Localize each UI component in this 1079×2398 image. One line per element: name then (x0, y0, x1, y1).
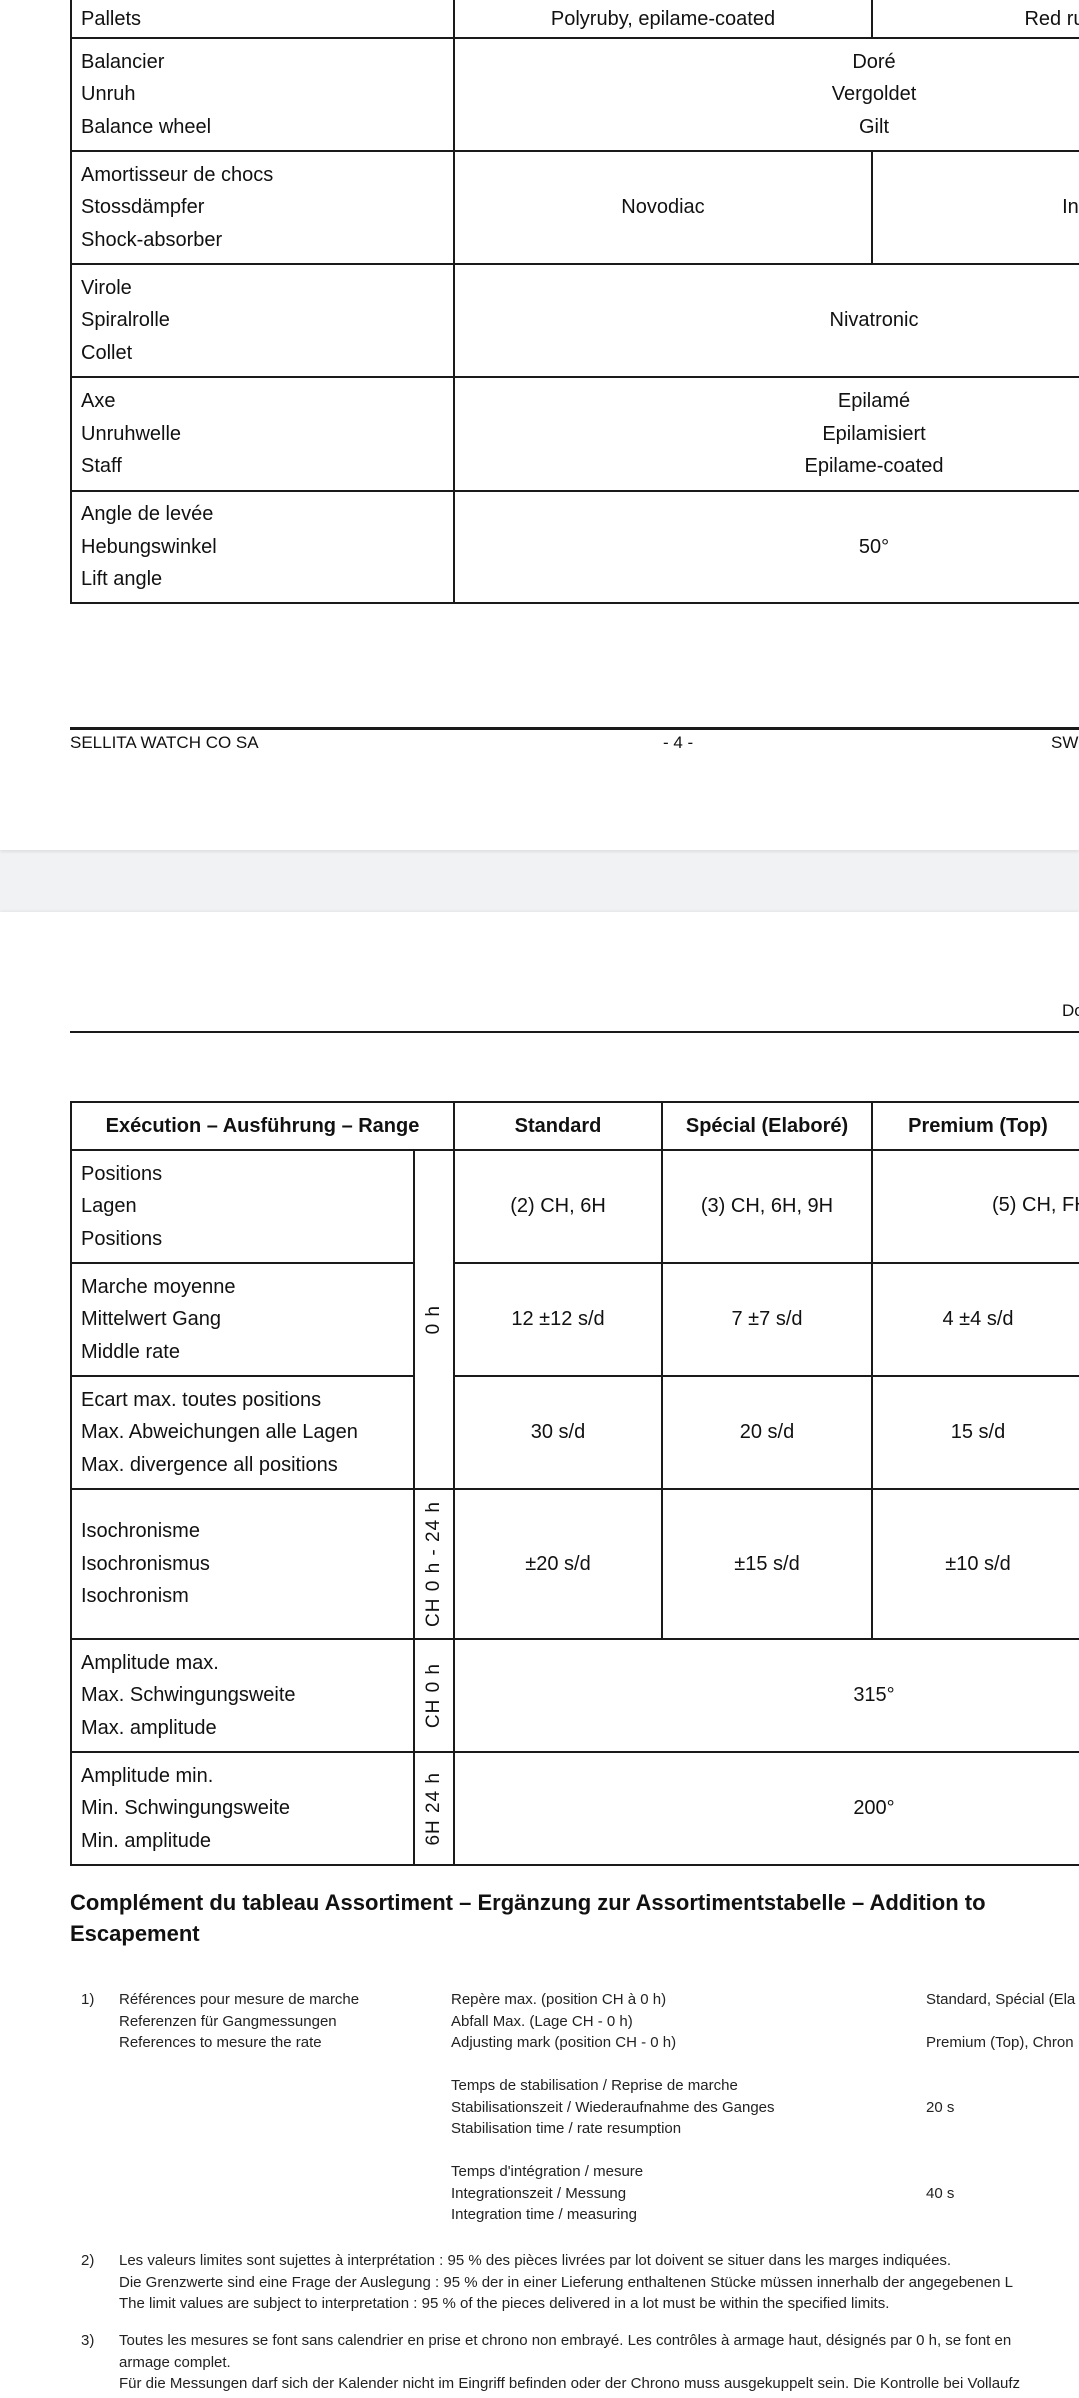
note-line: Temps d'intégration / mesure (451, 2161, 643, 2183)
value-max-divergence-premium: 15 s/d (871, 1375, 1079, 1490)
label-line: Max. amplitude (81, 1712, 413, 1745)
condition-6h-24h: 6H 24 h (413, 1751, 455, 1866)
note-line: Integrationszeit / Messung (451, 2183, 643, 2205)
value-text: 7 ±7 s/d (731, 1303, 802, 1336)
value-positions-special: (3) CH, 6H, 9H (661, 1149, 873, 1264)
header-text: Premium (Top) (873, 1103, 1079, 1149)
spec-label-pallets: Pallets (70, 0, 455, 39)
note-line: Für die Messungen darf sich der Kalender… (119, 2373, 1020, 2395)
note-2-text: Les valeurs limites sont sujettes à inte… (119, 2250, 1013, 2315)
note-2-number: 2) (81, 2250, 94, 2272)
label-line: Balance wheel (81, 111, 453, 144)
value-line: Epilame-coated (805, 450, 944, 483)
note-line: Adjusting mark (position CH - 0 h) (451, 2032, 676, 2054)
label-line: Hebungswinkel (81, 531, 453, 564)
condition-text: 0 h (423, 1305, 445, 1334)
value-line: Epilamé (838, 385, 910, 418)
note-1-integration-time: Temps d'intégration / mesure Integration… (451, 2161, 643, 2226)
value-text: 15 s/d (873, 1377, 1079, 1488)
note-1-title: Références pour mesure de marche Referen… (119, 1989, 359, 2054)
spec-value-pallets-standard: Polyruby, epilame-coated (453, 0, 873, 39)
label-line: Axe (81, 385, 453, 418)
row-label-isochronism: Isochronisme Isochronismus Isochronism (70, 1488, 415, 1640)
footer-company: SELLITA WATCH CO SA (70, 733, 259, 753)
note-line: Die Grenzwerte sind eine Frage der Ausle… (119, 2272, 1013, 2294)
condition-text: CH 0 h - 24 h (423, 1501, 445, 1627)
note-1-integration-value: 40 s (926, 2183, 954, 2205)
header-text: Standard (515, 1115, 602, 1138)
value-text: ±15 s/d (734, 1548, 799, 1581)
label-line: Unruhwelle (81, 418, 453, 451)
spec-label-collet: Virole Spiralrolle Collet (70, 263, 455, 378)
section-title-line-2: Escapement (70, 1921, 200, 1946)
document-page-4: Pallets Polyruby, epilame-coated Red rub… (0, 0, 1079, 850)
condition-text: CH 0 h (423, 1663, 445, 1728)
value-middle-rate-special: 7 ±7 s/d (661, 1262, 873, 1377)
row-label-min-amplitude: Amplitude min. Min. Schwingungsweite Min… (70, 1751, 415, 1866)
value-isochronism-premium: ±10 s/d (871, 1488, 1079, 1640)
label-line: Amortisseur de chocs (81, 159, 453, 192)
label-line: Positions (81, 1158, 413, 1191)
note-value: Standard, Spécial (Ela (926, 1989, 1075, 2011)
footer-rule (70, 727, 1079, 730)
condition-text: 6H 24 h (423, 1772, 445, 1846)
row-label-max-amplitude: Amplitude max. Max. Schwingungsweite Max… (70, 1638, 415, 1753)
value-text: (2) CH, 6H (510, 1190, 606, 1223)
spec-value-staff: Epilamé Epilamisiert Epilame-coated (453, 376, 1079, 492)
spec-value-shock-absorber-standard: Novodiac (453, 150, 873, 265)
label-line: Min. amplitude (81, 1825, 413, 1858)
note-1-adjusting-mark-values: Standard, Spécial (Ela Premium (Top), Ch… (926, 1989, 1075, 2054)
note-line: The limit values are subject to interpre… (119, 2293, 1013, 2315)
table-header-special: Spécial (Elaboré) (661, 1101, 873, 1151)
value-text: 4 ±4 s/d (873, 1264, 1079, 1375)
label-line: Ecart max. toutes positions (81, 1384, 413, 1417)
note-line: Les valeurs limites sont sujettes à inte… (119, 2250, 1013, 2272)
header-text: Exécution – Ausführung – Range (106, 1115, 420, 1138)
label-line: Max. Abweichungen alle Lagen (81, 1416, 413, 1449)
value-line: Polyruby, epilame-coated (551, 3, 775, 36)
value-max-divergence-standard: 30 s/d (453, 1375, 663, 1490)
note-line: Stabilisationszeit / Wiederaufnahme des … (451, 2097, 775, 2119)
value-text: ±10 s/d (873, 1490, 1079, 1638)
label-line: Max. divergence all positions (81, 1449, 413, 1482)
document-page-5: Do Exécution – Ausführung – Range Standa… (0, 912, 1079, 2398)
value-line: Red ruby, ep (1024, 3, 1079, 36)
table-header-range: Exécution – Ausführung – Range (70, 1101, 455, 1151)
note-3-text: Toutes les mesures se font sans calendri… (119, 2330, 1020, 2395)
value-line: 50° (859, 531, 889, 564)
label-line: Staff (81, 450, 453, 483)
value-line: Doré (852, 46, 895, 79)
value-text: 315° (455, 1640, 1079, 1751)
row-label-max-divergence: Ecart max. toutes positions Max. Abweich… (70, 1375, 415, 1490)
note-3-number: 3) (81, 2330, 94, 2352)
value-line: Vergoldet (832, 78, 917, 111)
table-header-standard: Standard (453, 1101, 663, 1151)
value-positions-premium: (5) CH, FH, (871, 1149, 1079, 1264)
note-line: Abfall Max. (Lage CH - 0 h) (451, 2011, 676, 2033)
label-line: Lift angle (81, 563, 453, 596)
spec-label-balance-wheel: Balancier Unruh Balance wheel (70, 37, 455, 152)
condition-0h: 0 h (413, 1149, 455, 1490)
label-line: Positions (81, 1223, 413, 1256)
label-line: Amplitude min. (81, 1760, 413, 1793)
value-middle-rate-standard: 12 ±12 s/d (453, 1262, 663, 1377)
note-line: Temps de stabilisation / Reprise de marc… (451, 2075, 775, 2097)
value-text: (3) CH, 6H, 9H (701, 1190, 833, 1223)
label-line: Collet (81, 337, 453, 370)
value-line: Nivatronic (830, 304, 919, 337)
condition-ch-0h-24h: CH 0 h - 24 h (413, 1488, 455, 1640)
value-line: Inca (1062, 191, 1079, 224)
value-text: 20 s/d (740, 1416, 794, 1449)
spec-label-shock-absorber: Amortisseur de chocs Stossdämpfer Shock-… (70, 150, 455, 265)
label-line: Angle de levée (81, 498, 453, 531)
section-title: Complément du tableau Assortiment – Ergä… (70, 1887, 986, 1949)
label-line: Middle rate (81, 1336, 413, 1369)
label-line: Pallets (81, 3, 453, 36)
condition-ch-0h: CH 0 h (413, 1638, 455, 1753)
label-line: Mittelwert Gang (81, 1303, 413, 1336)
table-header-premium: Premium (Top) (871, 1101, 1079, 1151)
note-1-adjusting-mark: Repère max. (position CH à 0 h) Abfall M… (451, 1989, 676, 2054)
value-max-amplitude: 315° (453, 1638, 1079, 1753)
label-line: Isochronisme (81, 1515, 413, 1548)
label-line: Isochronism (81, 1580, 413, 1613)
spec-value-collet: Nivatronic (453, 263, 1079, 378)
section-title-line-1: Complément du tableau Assortiment – Ergä… (70, 1890, 986, 1915)
label-line: Min. Schwingungsweite (81, 1792, 413, 1825)
label-line: Shock-absorber (81, 224, 453, 257)
note-value: Premium (Top), Chron (926, 2032, 1075, 2054)
note-line: Referenzen für Gangmessungen (119, 2011, 359, 2033)
label-line: Isochronismus (81, 1548, 413, 1581)
label-line: Stossdämpfer (81, 191, 453, 224)
note-line: Références pour mesure de marche (119, 1989, 359, 2011)
label-line: Marche moyenne (81, 1271, 413, 1304)
label-line: Virole (81, 272, 453, 305)
note-line: armage complet. (119, 2352, 1020, 2374)
label-line: Balancier (81, 46, 453, 79)
spec-value-shock-absorber-premium: Inca (871, 150, 1079, 265)
note-line: References to mesure the rate (119, 2032, 359, 2054)
header-text: Spécial (Elaboré) (686, 1115, 848, 1138)
value-isochronism-standard: ±20 s/d (453, 1488, 663, 1640)
footer-page-number: - 4 - (663, 733, 693, 753)
footer-doc-ref: SW (1051, 733, 1078, 753)
label-line: Amplitude max. (81, 1647, 413, 1680)
spec-value-pallets-premium: Red ruby, ep (871, 0, 1079, 39)
label-line: Lagen (81, 1190, 413, 1223)
value-line: Gilt (859, 111, 889, 144)
spec-label-staff: Axe Unruhwelle Staff (70, 376, 455, 492)
value-text: ±20 s/d (525, 1548, 590, 1581)
note-line: Integration time / measuring (451, 2204, 643, 2226)
value-isochronism-special: ±15 s/d (661, 1488, 873, 1640)
note-1-stabilisation-value: 20 s (926, 2097, 954, 2119)
row-label-middle-rate: Marche moyenne Mittelwert Gang Middle ra… (70, 1262, 415, 1377)
value-text: 12 ±12 s/d (511, 1303, 604, 1336)
value-line: Novodiac (621, 191, 704, 224)
value-text: 30 s/d (531, 1416, 585, 1449)
note-1-stabilisation-time: Temps de stabilisation / Reprise de marc… (451, 2075, 775, 2140)
value-middle-rate-premium: 4 ±4 s/d (871, 1262, 1079, 1377)
value-text: 200° (455, 1753, 1079, 1864)
header-doc-ref: Do (1062, 1001, 1079, 1021)
value-min-amplitude: 200° (453, 1751, 1079, 1866)
label-line: Unruh (81, 78, 453, 111)
spec-label-lift-angle: Angle de levée Hebungswinkel Lift angle (70, 490, 455, 604)
note-line: Stabilisation time / rate resumption (451, 2118, 775, 2140)
note-line: Repère max. (position CH à 0 h) (451, 1989, 676, 2011)
note-line: Toutes les mesures se font sans calendri… (119, 2330, 1020, 2352)
note-1-number: 1) (81, 1989, 94, 2011)
label-line: Spiralrolle (81, 304, 453, 337)
spec-value-lift-angle: 50° (453, 490, 1079, 604)
value-positions-standard: (2) CH, 6H (453, 1149, 663, 1264)
spec-value-balance-wheel: Doré Vergoldet Gilt (453, 37, 1079, 152)
value-max-divergence-special: 20 s/d (661, 1375, 873, 1490)
header-rule (70, 1031, 1079, 1033)
label-line: Max. Schwingungsweite (81, 1679, 413, 1712)
value-text: (5) CH, FH, (992, 1189, 1079, 1222)
row-label-positions: Positions Lagen Positions (70, 1149, 415, 1264)
value-line: Epilamisiert (822, 418, 925, 451)
